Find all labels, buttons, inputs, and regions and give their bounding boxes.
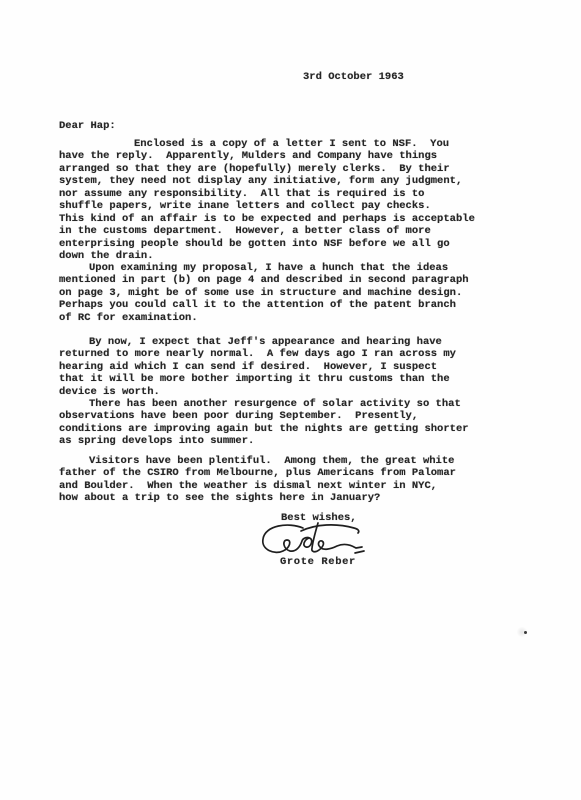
paragraph-3: By now, I expect that Jeff's appearance … <box>59 336 529 398</box>
letter-line: returned to more nearly normal. A few da… <box>59 348 529 360</box>
typed-signature-name: Grote Reber <box>280 556 356 568</box>
scanned-letter-page: 3rd October 1963 Dear Hap: Enclosed is a… <box>0 0 581 800</box>
paragraph-1: Enclosed is a copy of a letter I sent to… <box>59 138 529 262</box>
letter-line: as spring develops into summer. <box>59 435 529 447</box>
letter-line: and Boulder. When the weather is dismal … <box>59 480 529 492</box>
paragraph-4: There has been another resurgence of sol… <box>59 398 529 448</box>
letter-date: 3rd October 1963 <box>303 71 404 83</box>
letter-line: Enclosed is a copy of a letter I sent to… <box>59 138 529 150</box>
paragraph-2: Upon examining my proposal, I have a hun… <box>59 262 529 324</box>
letter-line: There has been another resurgence of sol… <box>59 398 529 410</box>
letter-line: This kind of an affair is to be expected… <box>59 213 529 225</box>
letter-line: observations have been poor during Septe… <box>59 410 529 422</box>
letter-line: in the customs department. However, a be… <box>59 225 529 237</box>
letter-line: Perhaps you could call it to the attenti… <box>59 299 529 311</box>
letter-line: shuffle papers, write inane letters and … <box>59 200 529 212</box>
paragraph-5: Visitors have been plentiful. Among them… <box>59 455 529 505</box>
letter-line: of RC for examination. <box>59 312 529 324</box>
letter-line: conditions are improving again but the n… <box>59 423 529 435</box>
letter-line: that it will be more bother importing it… <box>59 373 529 385</box>
letter-line: arranged so that they are (hopefully) me… <box>59 163 529 175</box>
letter-line: Visitors have been plentiful. Among them… <box>59 455 529 467</box>
letter-line: have the reply. Apparently, Mulders and … <box>59 150 529 162</box>
salutation: Dear Hap: <box>59 120 116 132</box>
letter-line: enterprising people should be gotten int… <box>59 238 529 250</box>
letter-line: how about a trip to see the sights here … <box>59 492 529 504</box>
letter-line: device is worth. <box>59 386 529 398</box>
letter-line: system, they need not display any initia… <box>59 175 529 187</box>
letter-line: mentioned in part (b) on page 4 and desc… <box>59 274 529 286</box>
letter-line: Upon examining my proposal, I have a hun… <box>59 262 529 274</box>
letter-line: nor assume any responsibility. All that … <box>59 188 529 200</box>
letter-line: on page 3, might be of some use in struc… <box>59 287 529 299</box>
scan-speck <box>524 631 527 634</box>
letter-line: hearing aid which I can send if desired.… <box>59 361 529 373</box>
letter-line: father of the CSIRO from Melbourne, plus… <box>59 467 529 479</box>
letter-line: By now, I expect that Jeff's appearance … <box>59 336 529 348</box>
handwritten-signature-grote <box>256 520 374 560</box>
letter-line: down the drain. <box>59 250 529 262</box>
